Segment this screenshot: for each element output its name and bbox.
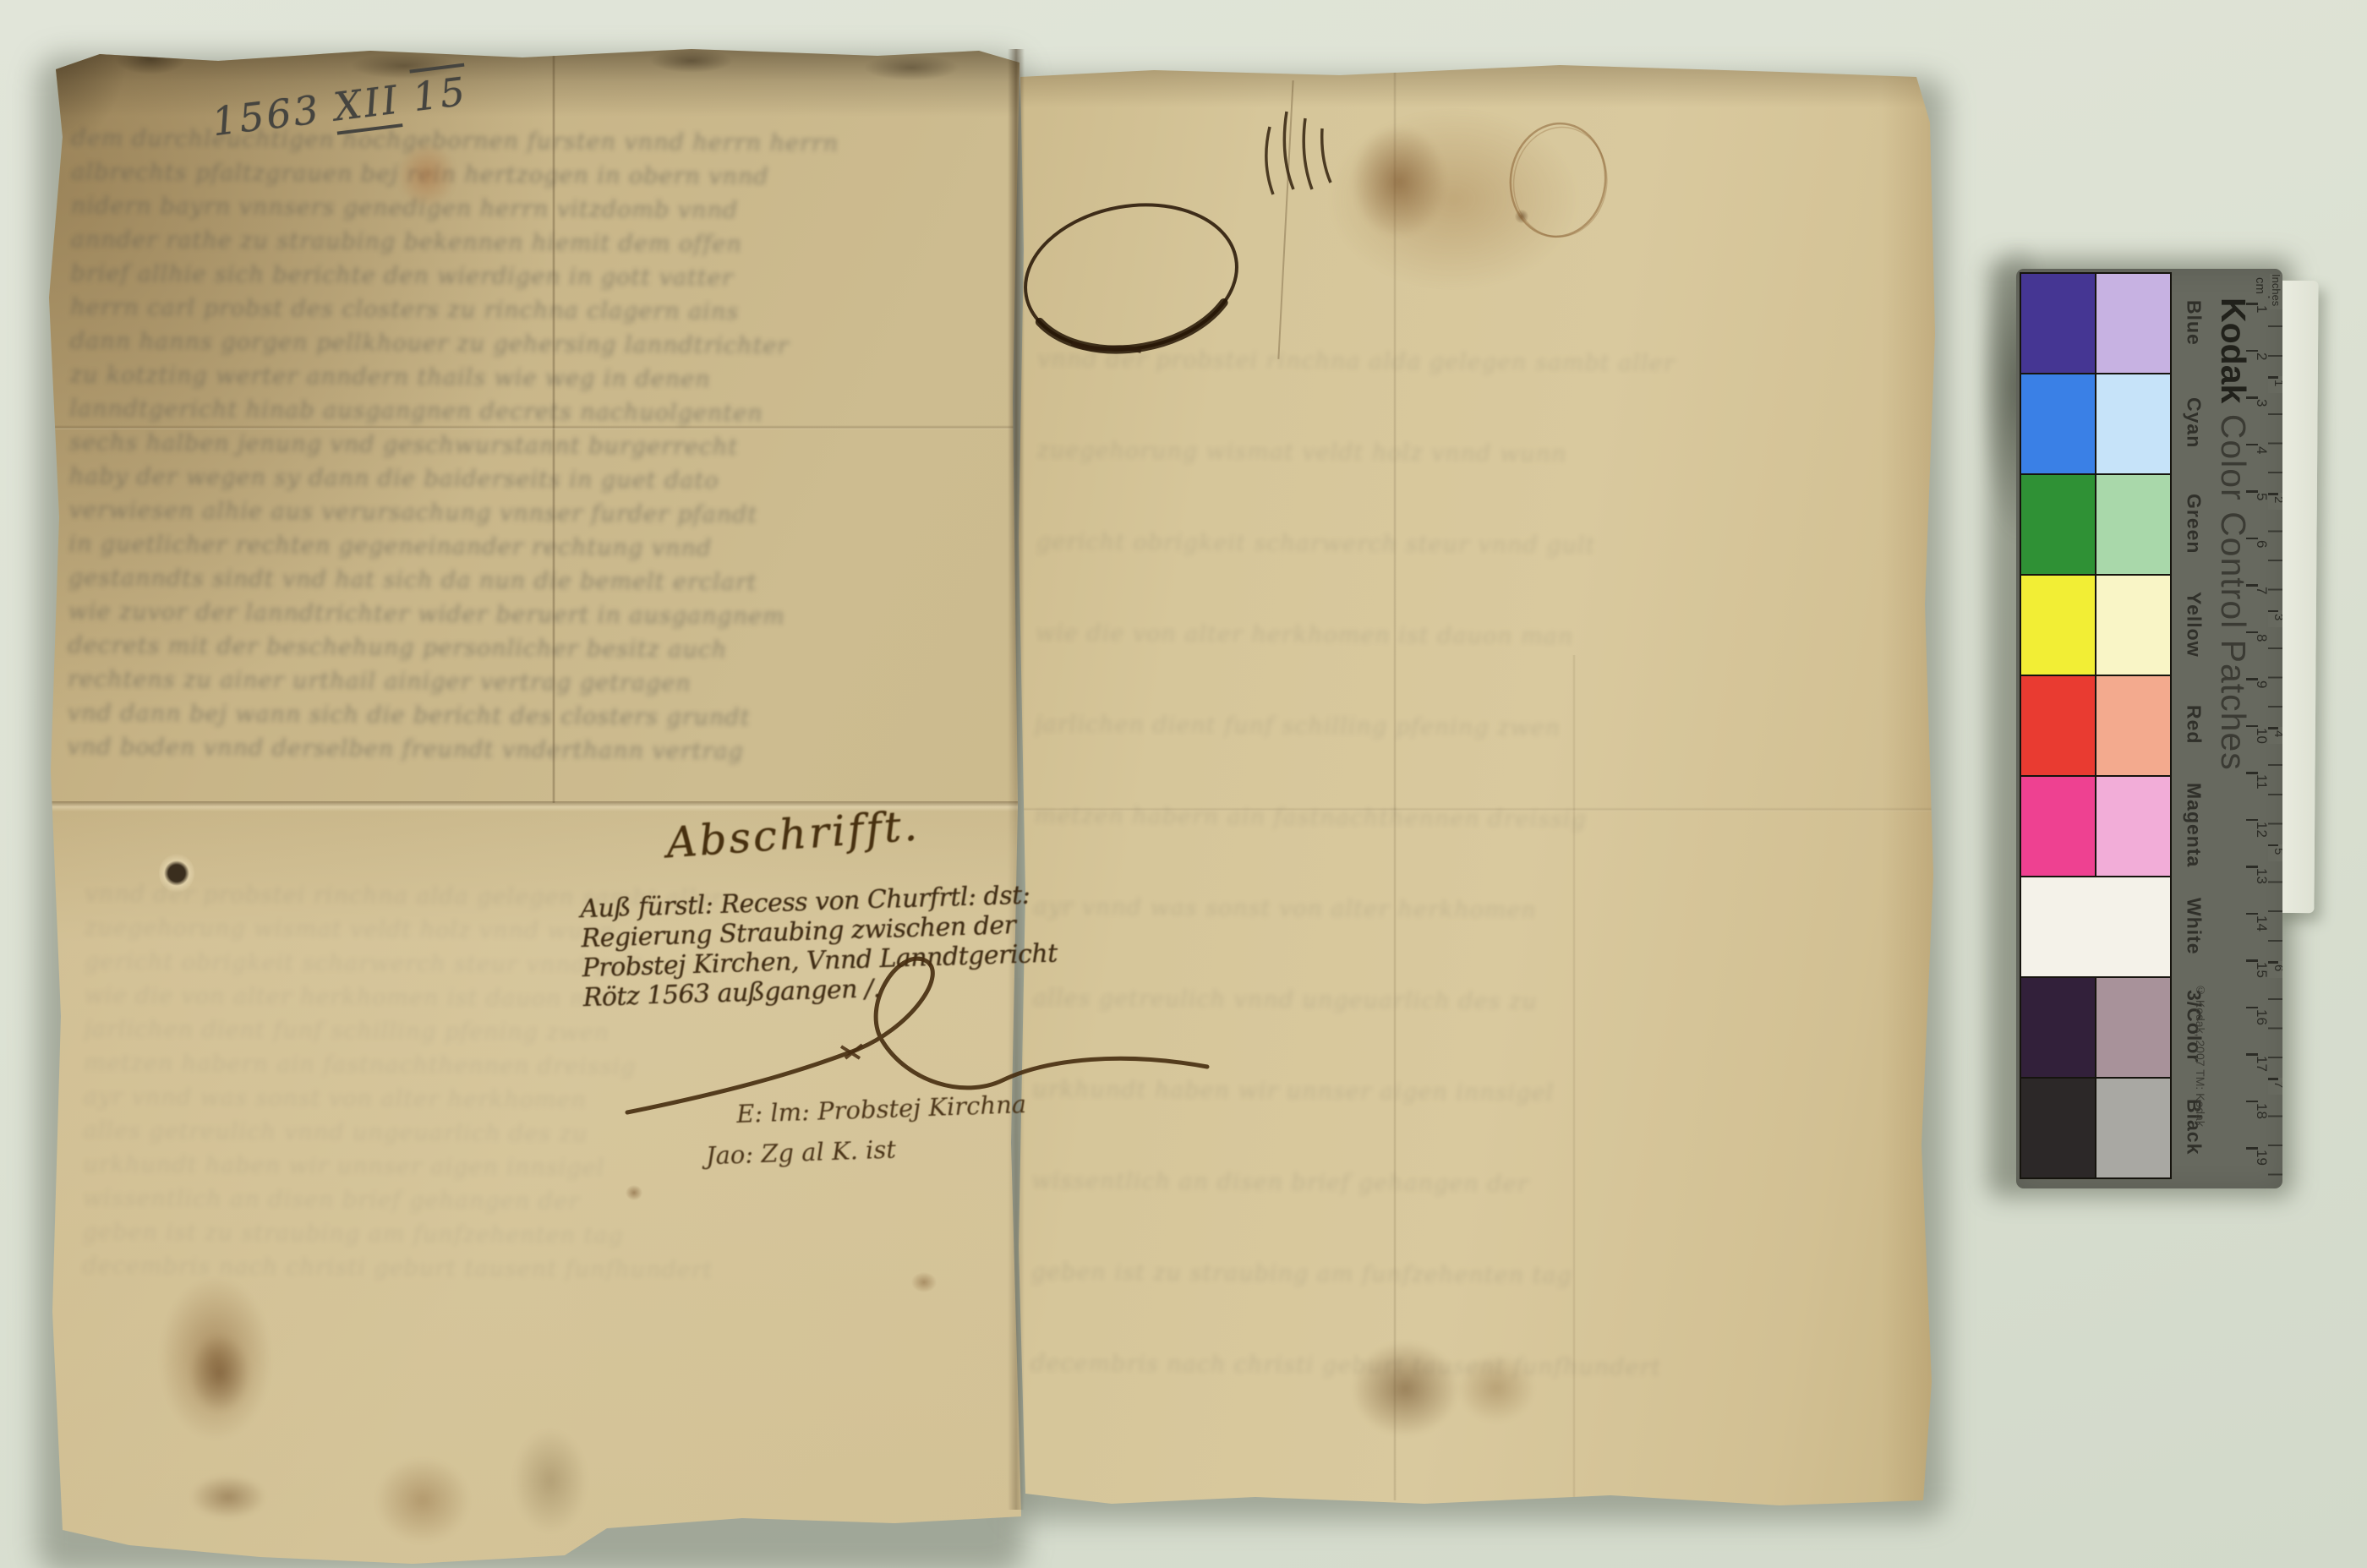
patch-label: White xyxy=(2173,876,2214,976)
tick-number: 2 xyxy=(2271,496,2282,503)
cm-tick: 14 xyxy=(2246,913,2268,930)
bleed-line: metzen habern ain fastnachthennen dreiss… xyxy=(1034,770,1889,867)
cm-tick: 10 xyxy=(2246,725,2268,742)
manuscript-line: trägt noch sonst stuel gründt vnnd boden… xyxy=(2280,1057,2367,1091)
bleed-through-text-faint: vnnd der probstei rinchna alda gelegen s… xyxy=(1030,314,1892,1486)
color-patch-3-color xyxy=(2096,978,2170,1077)
registrar-signature-lines: E: lm: Probstej KirchnaJao: Zg al K. ist xyxy=(735,1084,1028,1175)
stain xyxy=(190,1475,266,1519)
stain xyxy=(1353,1342,1458,1435)
stain xyxy=(397,142,456,208)
color-patch-black xyxy=(2096,1079,2170,1177)
bleed-line: alles getreulich vnnd ungeuarlich des zu xyxy=(1033,953,1888,1050)
cm-tick: 12 xyxy=(2246,819,2268,836)
cm-tick: 18 xyxy=(2246,1101,2268,1117)
tick-number: 15 xyxy=(2253,962,2270,978)
cm-tick: 5 xyxy=(2246,490,2268,507)
cm-tick: 15 xyxy=(2246,959,2268,976)
inch-tick: 6 xyxy=(2268,961,2282,978)
color-patch-magenta xyxy=(2021,777,2095,876)
cm-ruler: cm 12345678910111213141516171819 xyxy=(2246,269,2268,1188)
tick-number: 14 xyxy=(2253,915,2270,932)
tick-mark xyxy=(2268,961,2278,964)
cm-tick: 9 xyxy=(2246,678,2268,695)
tick-number: 11 xyxy=(2253,774,2270,789)
color-patch-grid xyxy=(2020,272,2172,1179)
torn-corner xyxy=(49,44,176,238)
vertical-fold-crease xyxy=(1572,655,1576,1500)
pencil-year: 1563 xyxy=(210,86,324,145)
tick-number: 18 xyxy=(2253,1103,2270,1119)
color-patch-blue xyxy=(2096,274,2170,373)
cm-tick: 11 xyxy=(2246,772,2268,789)
cm-unit-label: cm xyxy=(2253,277,2267,294)
tick-number: 1 xyxy=(2253,305,2270,313)
bleed-line: wissentlich an disen brief gehangen der xyxy=(1031,1135,1886,1232)
pencil-month-roman: XII xyxy=(331,76,403,134)
cm-tick: 2 xyxy=(2246,350,2268,367)
color-patch-blue xyxy=(2021,274,2095,373)
ink-blot-stain xyxy=(1353,127,1446,237)
color-patch-green xyxy=(2096,475,2170,574)
bleed-line: urkhundt haben wir unnser aigen innsigel xyxy=(1032,1044,1887,1141)
cm-tick: 1 xyxy=(2246,303,2268,320)
cm-tick: 6 xyxy=(2246,538,2268,555)
color-patch-yellow xyxy=(2096,576,2170,675)
vertical-fold-crease xyxy=(1393,72,1397,1500)
cm-tick: 8 xyxy=(2246,631,2268,648)
kodak-color-control-card: BlueCyanGreenYellowRedMagentaWhite3/Colo… xyxy=(2016,269,2282,1188)
bleed-line: decembris nach christi geburt tausent fu… xyxy=(1030,1318,1885,1415)
tick-number: 3 xyxy=(2271,614,2282,620)
patch-label: Red xyxy=(2173,675,2214,775)
patch-label: Magenta xyxy=(2173,775,2214,876)
color-patch-cyan xyxy=(2096,374,2170,473)
tick-mark xyxy=(2268,376,2278,379)
color-patch-3-color xyxy=(2021,978,2095,1077)
tick-number: 4 xyxy=(2253,446,2270,454)
card-copyright: © Kodak, 2007 TM: Kodak xyxy=(2194,983,2207,1188)
inch-tick: 2 xyxy=(2268,493,2282,510)
horizontal-fold-crease xyxy=(49,425,1021,429)
darkened-top-edge xyxy=(1019,63,1936,107)
patch-label: Yellow xyxy=(2173,574,2214,675)
tick-number: 7 xyxy=(2253,587,2270,594)
paper-hole xyxy=(159,854,194,893)
inch-unit-label: Inches xyxy=(2270,274,2282,309)
tick-mark xyxy=(2268,844,2278,847)
patch-label: Cyan xyxy=(2173,373,2214,473)
darkened-top-edge xyxy=(49,44,1021,117)
tick-mark xyxy=(2268,1078,2278,1080)
tick-number: 12 xyxy=(2253,822,2270,838)
manuscript-line: sich daran nit genüegen lassen, sonnder … xyxy=(2280,1181,2367,1215)
inch-tick: 3 xyxy=(2268,610,2282,627)
darkened-right-edge xyxy=(1881,63,1936,1511)
tick-number: 2 xyxy=(2253,352,2270,360)
tick-number: 5 xyxy=(2253,493,2270,500)
manuscript-line: wider das decret so weit sich der erstre… xyxy=(2280,1119,2367,1153)
cm-tick: 7 xyxy=(2246,584,2268,601)
stain xyxy=(1458,1354,1534,1422)
inch-tick: 5 xyxy=(2268,844,2282,861)
tick-number: 5 xyxy=(2271,848,2282,855)
color-patch-white xyxy=(2021,877,2170,976)
cm-tick: 13 xyxy=(2246,866,2268,882)
color-patch-yellow xyxy=(2021,576,2095,675)
tick-number: 7 xyxy=(2271,1081,2282,1088)
manuscript-line: ung mit todt abgieng, vnd nichts dann da… xyxy=(2280,1211,2367,1245)
abschrift-note-lines: Auß fürstl: Recess von Churfrtl: dst:Reg… xyxy=(580,881,1023,1013)
stain xyxy=(911,1272,937,1292)
cm-tick: 17 xyxy=(2246,1053,2268,1070)
color-patch-magenta xyxy=(2096,777,2170,876)
stain xyxy=(376,1458,469,1543)
bleed-line: zuegehorung wismat veldt holz vnnd wunn xyxy=(1036,405,1891,502)
pencil-day: 15 xyxy=(410,63,470,120)
crumpled-fold-shading xyxy=(514,1430,587,1532)
tick-number: 16 xyxy=(2253,1009,2270,1025)
patch-label: Green xyxy=(2173,473,2214,574)
color-patch-red xyxy=(2021,676,2095,775)
tick-number: 3 xyxy=(2253,399,2270,407)
bleed-through-text-upper: dem durchleuchtigen hochgebornen fursten… xyxy=(67,122,1015,805)
color-patch-red xyxy=(2096,676,2170,775)
stain xyxy=(190,1336,249,1412)
manuscript-line: tej Rinchna, vnd ammanschafft Kirchberg … xyxy=(2280,1089,2367,1123)
horizontal-fold-crease xyxy=(1019,807,1936,811)
tick-mark xyxy=(2268,610,2278,613)
tick-number: 13 xyxy=(2253,868,2270,884)
manuscript-line: eingriff niemals zuegefüegt hete, aber e… xyxy=(2280,1150,2367,1184)
bleed-line: vnd boden vnnd derselben freundt vnderth… xyxy=(68,730,1011,771)
ink-dot xyxy=(1515,210,1528,223)
tick-number: 9 xyxy=(2253,680,2270,688)
tick-mark xyxy=(2268,727,2278,729)
cm-tick: 16 xyxy=(2246,1007,2268,1024)
bleed-line: jarlichen dient funf schilling pfening z… xyxy=(1035,679,1889,776)
bleed-line: vnnd der probstei rinchna alda gelegen s… xyxy=(1037,314,1892,411)
stain xyxy=(626,1185,642,1200)
color-patch-cyan xyxy=(2021,374,2095,473)
cm-tick: 19 xyxy=(2246,1147,2268,1164)
color-patch-black xyxy=(2021,1079,2095,1177)
tick-number: 6 xyxy=(2253,540,2270,548)
tick-number: 17 xyxy=(2253,1056,2270,1072)
bleed-line: ayr vnnd was sonst von alter herkhomen xyxy=(1034,861,1889,959)
archival-photo-canvas: dem durchleuchtigen hochgebornen fursten… xyxy=(0,0,2367,1568)
center-fold-gutter xyxy=(1008,49,1025,1510)
cm-tick: 4 xyxy=(2246,444,2268,461)
bleed-line: geben ist zu straubing am funfzehenten t… xyxy=(1031,1227,1886,1324)
tick-number: 10 xyxy=(2253,728,2270,744)
tick-number: 19 xyxy=(2253,1150,2270,1166)
inch-tick: 4 xyxy=(2268,727,2282,744)
inch-tick: 1 xyxy=(2268,376,2282,393)
inch-ruler: Inches 1234567 xyxy=(2268,269,2282,1188)
cm-tick: 3 xyxy=(2246,396,2268,413)
tick-number: 1 xyxy=(2271,380,2282,386)
bleed-line: gericht obrigkeit scharwerch steur vnnd … xyxy=(1036,496,1891,593)
color-patch-green xyxy=(2021,475,2095,574)
bleed-line: wie die von alter herkhomen ist dauon ma… xyxy=(1036,587,1890,685)
patch-label: Blue xyxy=(2173,272,2214,373)
inch-tick: 7 xyxy=(2268,1078,2282,1095)
tick-number: 4 xyxy=(2271,730,2282,737)
tick-number: 6 xyxy=(2271,964,2282,971)
tick-mark xyxy=(2268,493,2278,495)
tick-number: 8 xyxy=(2253,634,2270,642)
